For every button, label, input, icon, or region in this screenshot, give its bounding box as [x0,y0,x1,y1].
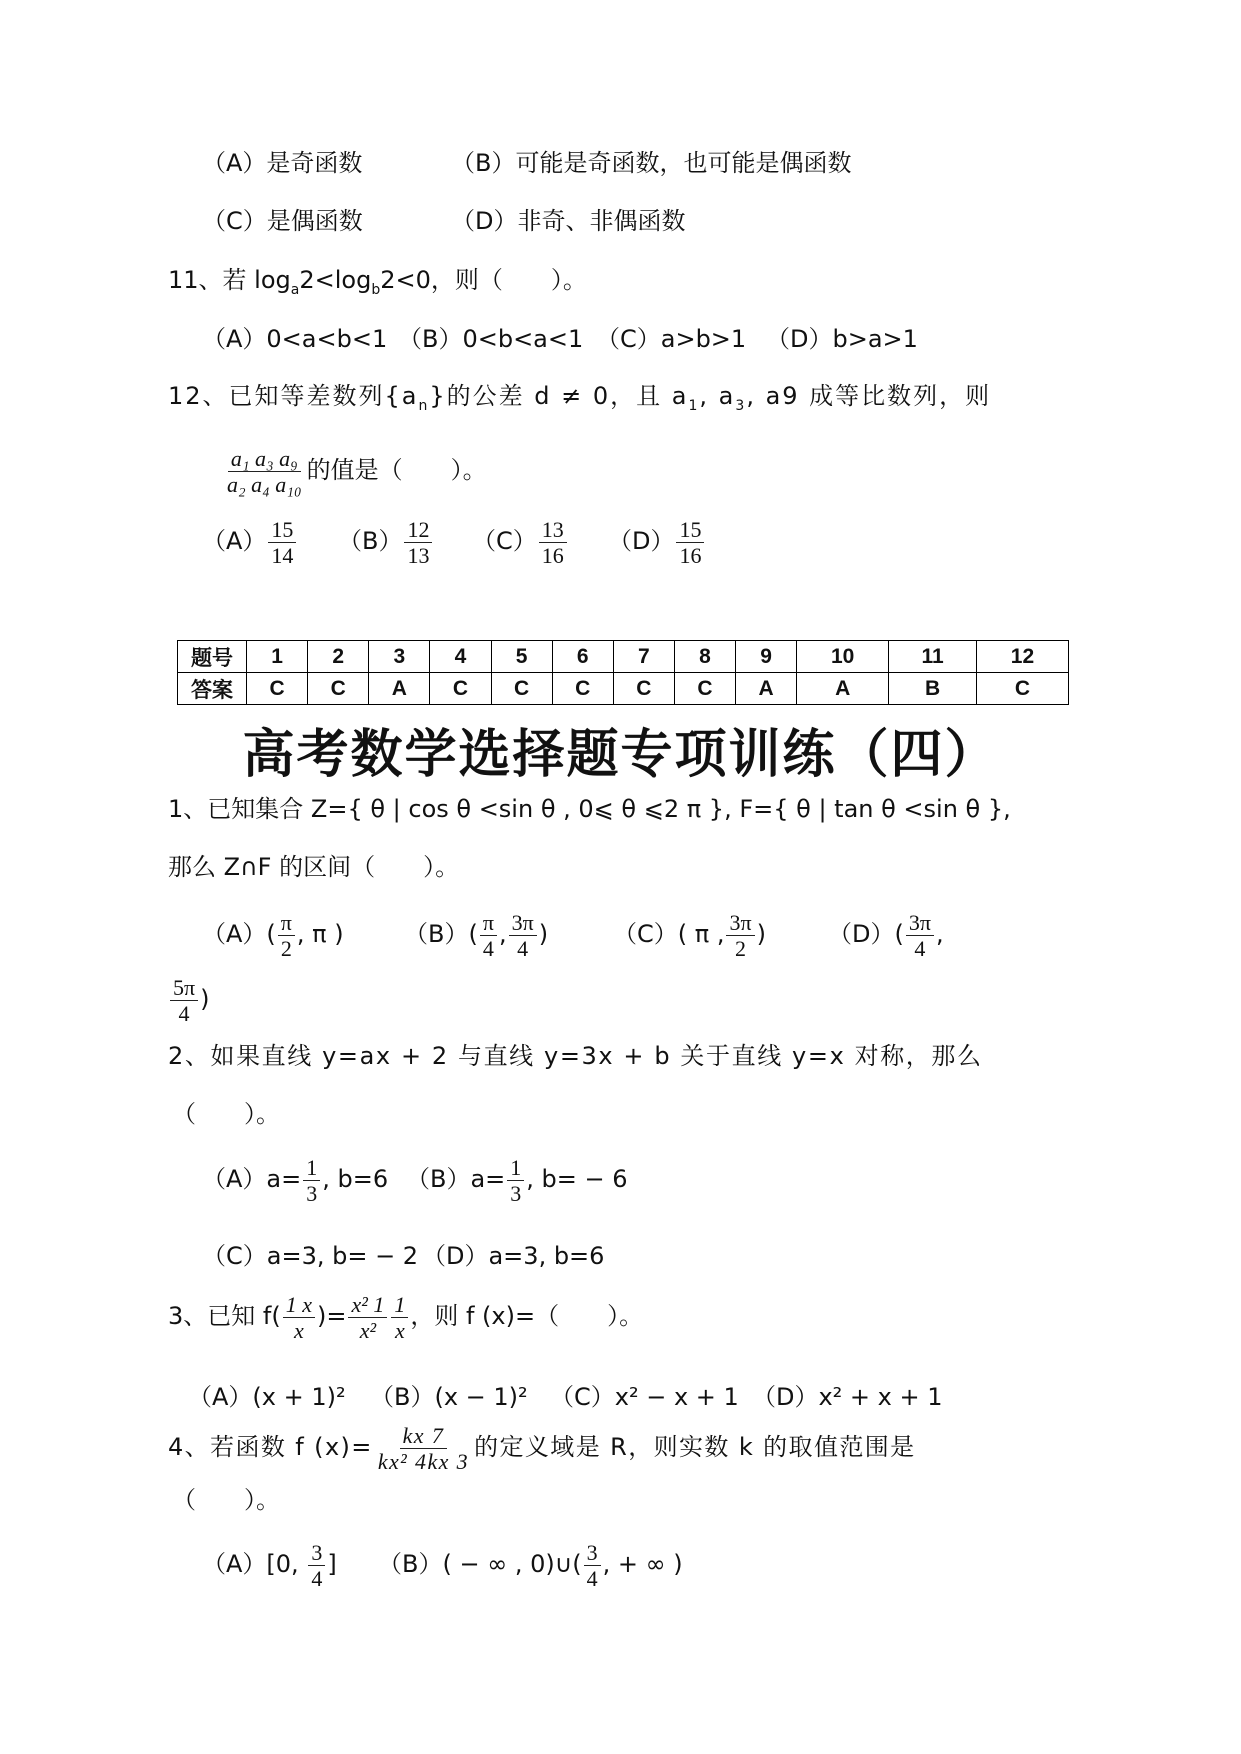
problem-2-line2: （ ）。 [172,1098,280,1130]
frac-num: 5π [170,975,198,1001]
p3-option-a: （A）(x + 1)² [188,1381,346,1413]
q11-sub-b: b [371,282,380,298]
problem-1-line1: 1、已知集合 Z={ θ | cos θ <sin θ , 0⩽ θ ⩽2 π … [168,793,1011,825]
frac-den: 16 [676,543,704,568]
p4-option-b: （B）( − ∞ , 0)∪(34, + ∞ ) [378,1535,683,1593]
frac: 13 [507,1155,524,1206]
q12-option-d-label: （D） [608,527,674,555]
frac-den: 13 [404,543,432,568]
table-cell: C [674,673,735,705]
p1-option-a-tail: , π ) [297,920,344,948]
table-cell: A [797,673,889,705]
table-cell: C [430,673,491,705]
answer-table-row-answers: 答案 C C A C C C C C A A B C [178,673,1069,705]
q12-option-c: （C）1316 [472,512,569,570]
problem-2-line1: 2、如果直线 y=ax + 2 与直线 y=3x + b 关于直线 y=x 对称… [168,1040,983,1072]
close-paren: ) [539,920,548,948]
table-cell: 4 [430,641,491,673]
q12-fraction: a₁ a₃ a₉ a₂ a₄ a₁₀ [224,446,305,497]
question-12: 12、已知等差数列{an}的公差 d ≠ 0，且 a1, a3, a9 成等比数… [168,380,991,422]
table-cell: 7 [613,641,674,673]
frac: 34 [584,1540,601,1591]
p1-option-b-label: （B）( [404,920,478,948]
q12-sub-3: 3 [735,398,746,414]
p4-option-b-pre: （B）( − ∞ , 0)∪( [378,1550,582,1578]
q11-number: 11、若 [168,266,254,294]
q12-option-d-frac: 1516 [676,517,704,568]
q10-option-b: （B）可能是奇函数，也可能是偶函数 [451,147,851,179]
frac-den: 4 [480,936,497,961]
frac-den: 4 [911,936,928,961]
q12-frac-den: a₂ a₄ a₁₀ [224,472,305,497]
p2-option-c: （C）a=3, b= − 2 [202,1240,418,1272]
q12-text-start: 12、已知等差数列{a [168,382,419,410]
q12-sub-1: 1 [689,398,700,414]
frac: 3π4 [509,910,537,961]
frac-num: 1 x [283,1292,315,1318]
table-cell: 5 [491,641,552,673]
p1-option-d-cont: 5π4) [168,970,209,1028]
q10-option-a: （A）是奇函数 [202,147,362,179]
table-cell: A [736,673,797,705]
q12-option-a: （A）1514 [202,512,298,570]
frac-den: kx² 4kx 3 [375,1449,472,1474]
q12-option-d: （D）1516 [608,512,706,570]
frac: π4 [480,910,497,961]
p3-option-d: （D）x² + x + 1 [752,1381,943,1413]
problem-1-line2: 那么 Z∩F 的区间（ ）。 [168,851,459,883]
frac-den: x² [357,1318,379,1343]
frac: 13 [303,1155,320,1206]
q11-tail: 2<0，则（ ）。 [380,266,587,294]
p4-pre: 4、若函数 f (x)= [168,1433,373,1461]
frac: 34 [308,1540,325,1591]
table-cell: C [308,673,369,705]
q11-option-c: （C）a>b>1 [596,323,746,355]
frac-num: π [278,910,295,936]
frac-num: 12 [404,517,432,543]
table-cell: C [976,673,1068,705]
table-cell: C [552,673,613,705]
frac-num: 15 [676,517,704,543]
p3-pre: 3、已知 f( [168,1302,281,1330]
q12-frac-num: a₁ a₃ a₉ [228,446,301,472]
q12-text-mid: }的公差 d ≠ 0，且 a [429,382,688,410]
p2-option-a-post: , b=6 [322,1165,388,1193]
comma: , [936,920,944,948]
q12-text-mid2: , a [699,382,735,410]
table-cell: C [613,673,674,705]
p4-option-a: （A）[0, 34] [202,1535,337,1593]
table-cell: C [491,673,552,705]
frac-num: 3π [906,910,934,936]
p4-option-b-post: , + ∞ ) [603,1550,683,1578]
q12-after-frac: 的值是（ ）。 [307,456,487,484]
frac-num: π [480,910,497,936]
problem-3: 3、已知 f(1 xx)=x² 1x²1x，则 f (x)=（ ）。 [168,1287,643,1345]
p2-option-b: （B）a=13, b= − 6 [406,1150,628,1208]
q12-option-b-frac: 1213 [404,517,432,568]
question-11: 11、若 loga2<logb2<0，则（ ）。 [168,264,587,306]
q12-text-end: , a9 成等比数列，则 [746,382,991,410]
p2-option-b-post: , b= − 6 [526,1165,627,1193]
table-cell: B [889,673,977,705]
table-cell: 6 [552,641,613,673]
table-header-number: 题号 [178,641,247,673]
table-cell: 11 [889,641,977,673]
p1-option-b: （B）(π4,3π4) [404,905,548,963]
problem-4: 4、若函数 f (x)=kx 7kx² 4kx 3的定义域是 R，则实数 k 的… [168,1418,916,1476]
p3-option-c: （C）x² − x + 1 [550,1381,739,1413]
q12-sub-n: n [419,398,430,414]
frac-den: 14 [268,543,296,568]
p4-option-a-pre: （A）[0, [202,1550,306,1578]
frac-num: 1 [391,1292,408,1318]
answer-table-row-numbers: 题号 1 2 3 4 5 6 7 8 9 10 11 12 [178,641,1069,673]
p1-option-d-label: （D）( [828,920,904,948]
frac-den: 4 [176,1001,193,1026]
frac-num: 1 [303,1155,320,1181]
p1-option-a: （A）(π2, π ) [202,905,344,963]
p3-option-b: （B）(x − 1)² [370,1381,528,1413]
frac: 3π4 [906,910,934,961]
q11-log: log [254,266,291,294]
table-cell: 2 [308,641,369,673]
p1-option-d: （D）(3π4, [828,905,944,963]
frac-den: 4 [584,1566,601,1591]
table-cell: 12 [976,641,1068,673]
frac-den: x [291,1318,307,1343]
p1-option-a-label: （A）( [202,920,276,948]
table-cell: 8 [674,641,735,673]
q12-option-b: （B）1213 [338,512,434,570]
q12-option-a-frac: 1514 [268,517,296,568]
p4-post: 的定义域是 R，则实数 k 的取值范围是 [474,1433,915,1461]
frac-num: 13 [539,517,567,543]
table-header-answer: 答案 [178,673,247,705]
table-cell: 9 [736,641,797,673]
table-cell: 3 [369,641,430,673]
frac-den: 3 [303,1181,320,1206]
frac-den: 4 [308,1566,325,1591]
q10-option-d: （D）非奇、非偶函数 [451,205,685,237]
q12-expression: a₁ a₃ a₉ a₂ a₄ a₁₀ 的值是（ ）。 [222,442,487,498]
answer-table: 题号 1 2 3 4 5 6 7 8 9 10 11 12 答案 C C A C… [177,640,1069,705]
frac-den: 3 [507,1181,524,1206]
frac-den: 16 [539,543,567,568]
close-paren: ) [200,985,209,1013]
frac: π2 [278,910,295,961]
p2-option-a-pre: （A）a= [202,1165,301,1193]
close-paren: ) [757,920,766,948]
q11-option-d: （D）b>a>1 [766,323,918,355]
q11-option-b: （B）0<b<a<1 [398,323,583,355]
p2-option-a: （A）a=13, b=6 [202,1150,388,1208]
frac: 1 xx [283,1292,315,1343]
frac-den: x [392,1318,408,1343]
frac-num: 1 [507,1155,524,1181]
frac-den: 2 [732,936,749,961]
problem-4-line2: （ ）。 [172,1484,280,1516]
q12-option-c-label: （C） [472,527,537,555]
frac-num: x² 1 [348,1292,387,1318]
p1-option-c: （C）( π ,3π2) [613,905,766,963]
comma: , [499,920,507,948]
q11-option-a: （A）0<a<b<1 [202,323,387,355]
q11-mid: 2<log [299,266,371,294]
frac: kx 7kx² 4kx 3 [375,1423,472,1474]
page-title: 高考数学选择题专项训练（四） [0,712,1241,787]
frac: 1x [391,1292,408,1343]
table-cell: C [247,673,308,705]
p2-option-b-pre: （B）a= [406,1165,505,1193]
frac-den: 2 [278,936,295,961]
table-cell: 1 [247,641,308,673]
p3-eq: )= [317,1302,346,1330]
q12-option-c-frac: 1316 [539,517,567,568]
q12-option-a-label: （A） [202,527,266,555]
p1-option-c-label: （C）( π , [613,920,724,948]
frac-num: 15 [268,517,296,543]
q10-option-c: （C）是偶函数 [202,205,363,237]
p2-option-d: （D）a=3, b=6 [422,1240,604,1272]
p3-post: ，则 f (x)=（ ）。 [410,1302,643,1330]
q12-option-b-label: （B） [338,527,402,555]
frac-num: 3π [509,910,537,936]
frac: 5π4 [170,975,198,1026]
frac-num: kx 7 [400,1423,448,1449]
frac-num: 3π [726,910,754,936]
table-cell: 10 [797,641,889,673]
frac-num: 3 [308,1540,325,1566]
frac-den: 4 [514,936,531,961]
frac-num: 3 [584,1540,601,1566]
frac: x² 1x² [348,1292,387,1343]
p4-option-a-post: ] [327,1550,336,1578]
table-cell: A [369,673,430,705]
frac: 3π2 [726,910,754,961]
